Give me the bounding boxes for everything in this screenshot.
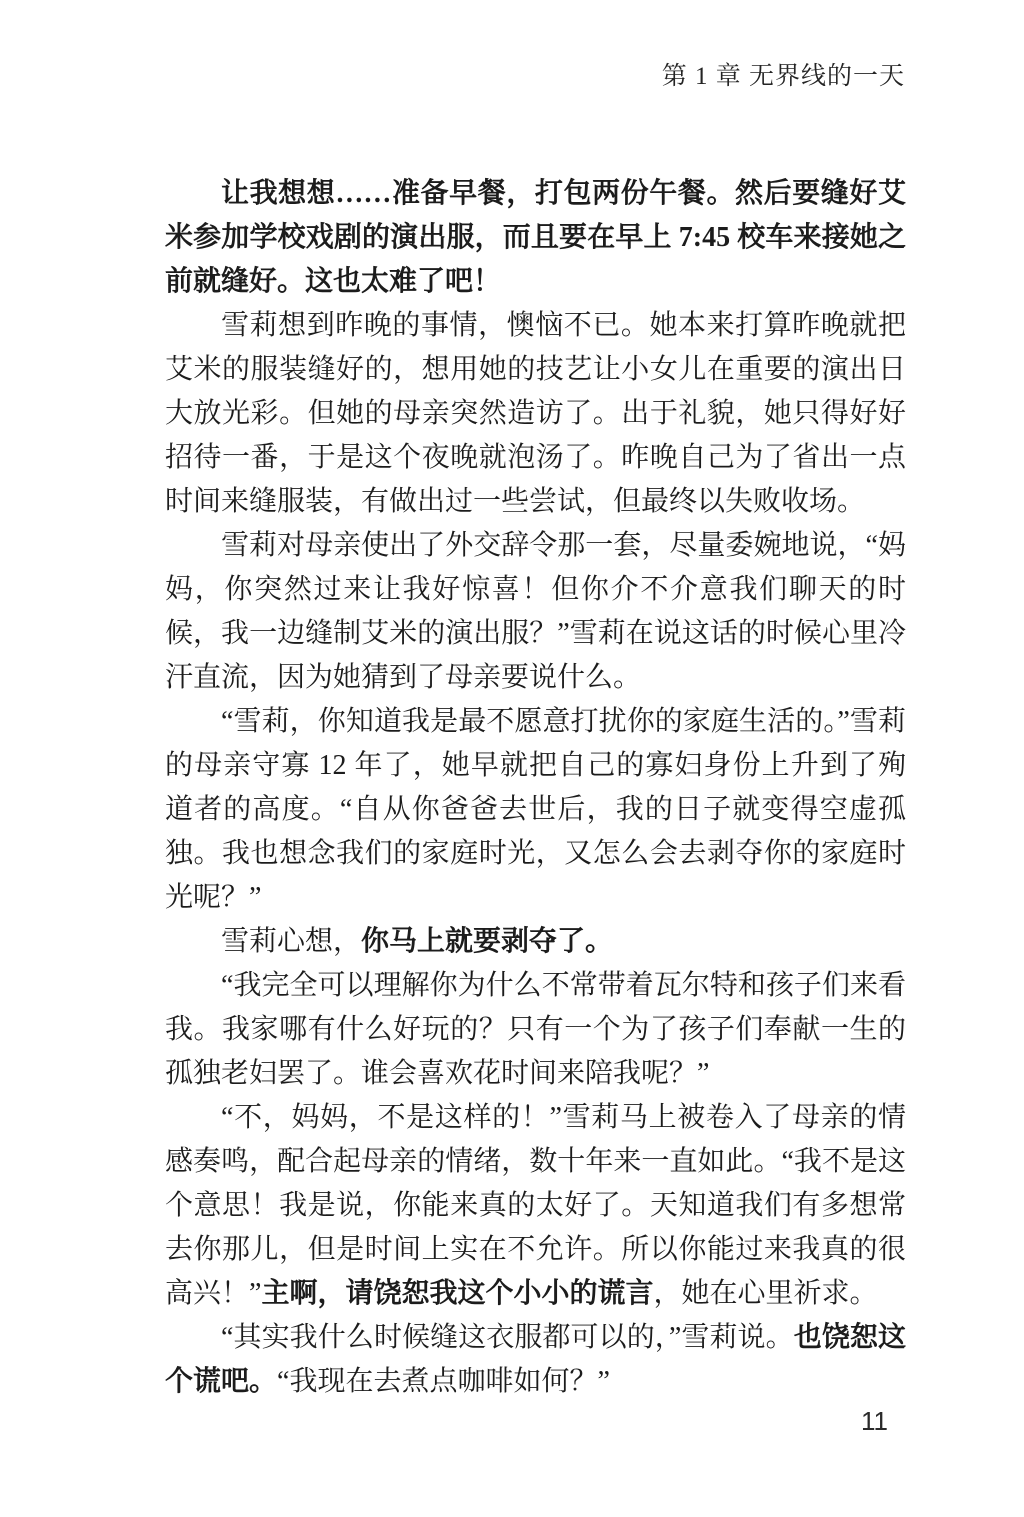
chapter-running-header: 第 1 章 无界线的一天 xyxy=(165,56,905,92)
paragraph-text: “雪莉，你知道我是最不愿意打扰你的家庭生活的。”雪莉的母亲守寡 12 年了，她早… xyxy=(165,706,906,913)
paragraph-with-thought: “其实我什么时候缝这衣服都可以的，”雪莉说。也饶恕这个谎吧。“我现在去煮点咖啡如… xyxy=(165,1316,906,1404)
paragraph: 雪莉想到昨晚的事情，懊恼不已。她本来打算昨晚就把艾米的服装缝好的，想用她的技艺让… xyxy=(165,304,906,524)
paragraph-text: “我现在去煮点咖啡如何？” xyxy=(277,1366,610,1397)
paragraph-text: “我完全可以理解你为什么不常带着瓦尔特和孩子们来看我。我家哪有什么好玩的？只有一… xyxy=(165,970,906,1089)
paragraph: “我完全可以理解你为什么不常带着瓦尔特和孩子们来看我。我家哪有什么好玩的？只有一… xyxy=(165,964,906,1096)
thought-text: 主啊，请饶恕我这个小小的谎言 xyxy=(261,1278,653,1309)
thought-text: 你马上就要剥夺了。 xyxy=(361,926,613,957)
paragraph-text: 雪莉想到昨晚的事情，懊恼不已。她本来打算昨晚就把艾米的服装缝好的，想用她的技艺让… xyxy=(165,310,906,517)
page-number: 11 xyxy=(165,1406,888,1437)
paragraph-text: 雪莉对母亲使出了外交辞令那一套，尽量委婉地说，“妈妈，你突然过来让我好惊喜！但你… xyxy=(165,530,906,693)
paragraph-text: 雪莉心想， xyxy=(221,926,361,957)
paragraph-with-thought: “不，妈妈，不是这样的！”雪莉马上被卷入了母亲的情感奏鸣，配合起母亲的情绪，数十… xyxy=(165,1096,906,1316)
paragraph-with-thought: 雪莉心想，你马上就要剥夺了。 xyxy=(165,920,906,964)
book-page: 第 1 章 无界线的一天 让我想想……准备早餐，打包两份午餐。然后要缝好艾米参加… xyxy=(0,0,1024,1517)
paragraph: “雪莉，你知道我是最不愿意打扰你的家庭生活的。”雪莉的母亲守寡 12 年了，她早… xyxy=(165,700,906,920)
paragraph-thought-opening: 让我想想……准备早餐，打包两份午餐。然后要缝好艾米参加学校戏剧的演出服，而且要在… xyxy=(165,172,906,304)
body-text: 让我想想……准备早餐，打包两份午餐。然后要缝好艾米参加学校戏剧的演出服，而且要在… xyxy=(165,172,906,1404)
paragraph: 雪莉对母亲使出了外交辞令那一套，尽量委婉地说，“妈妈，你突然过来让我好惊喜！但你… xyxy=(165,524,906,700)
paragraph-text: ，她在心里祈求。 xyxy=(653,1278,877,1309)
paragraph-text: 让我想想……准备早餐，打包两份午餐。然后要缝好艾米参加学校戏剧的演出服，而且要在… xyxy=(165,178,906,297)
paragraph-text: “其实我什么时候缝这衣服都可以的，”雪莉说。 xyxy=(221,1322,794,1353)
